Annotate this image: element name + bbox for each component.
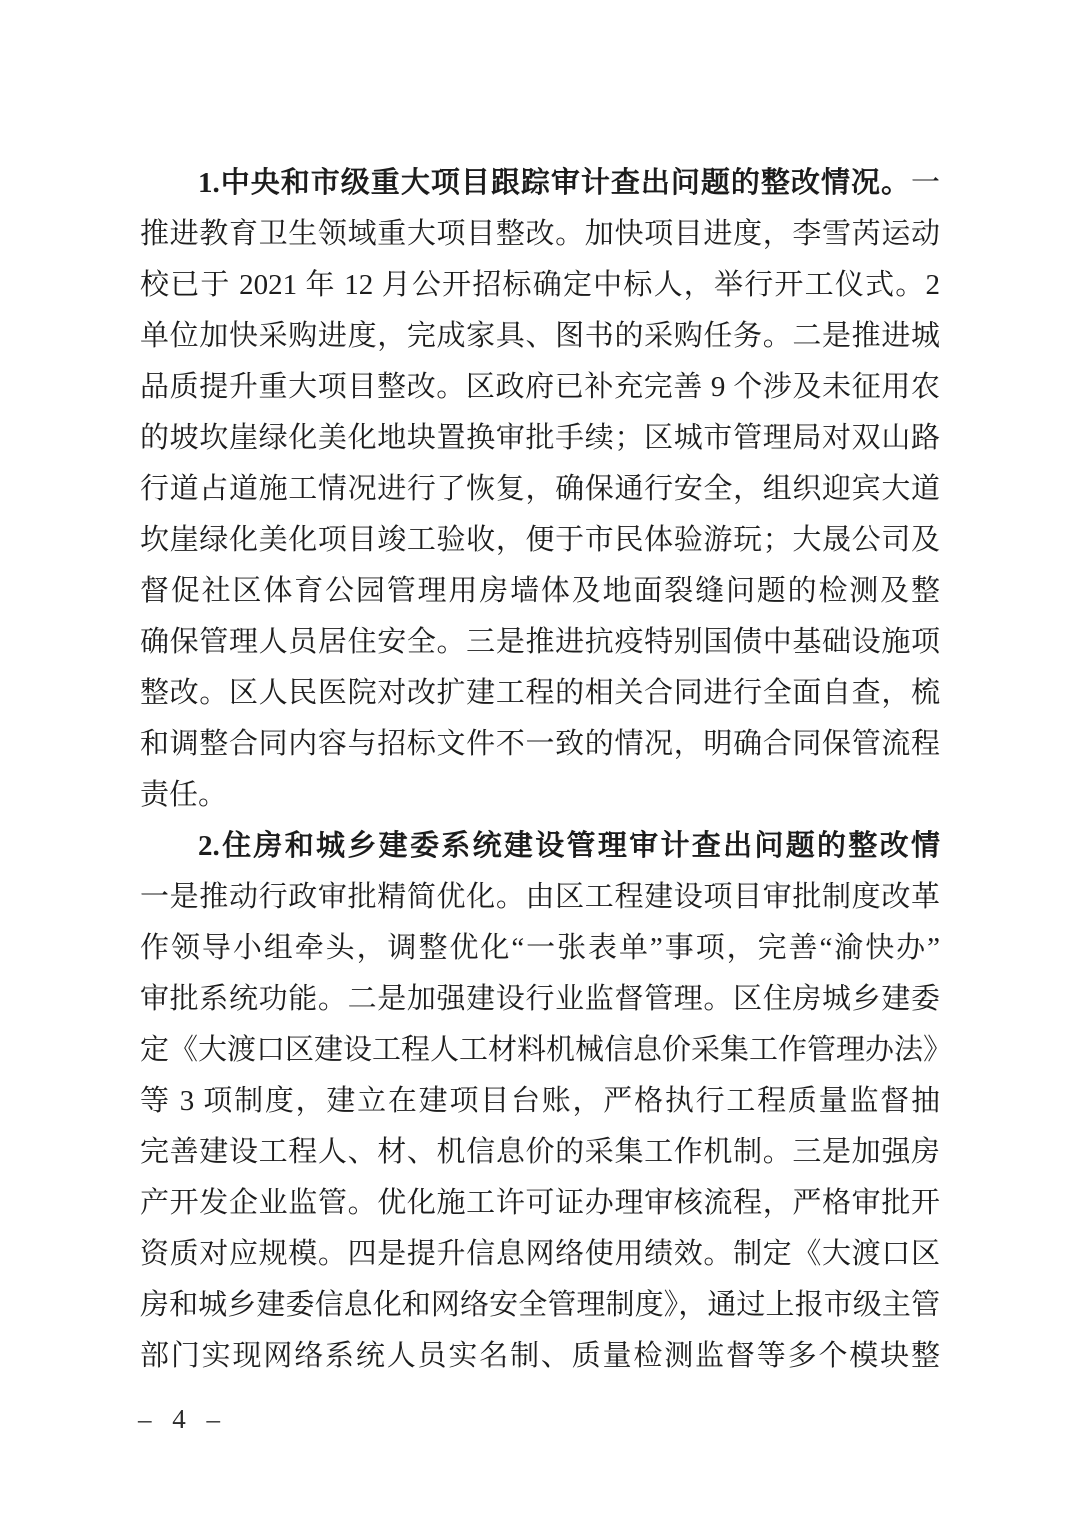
text-line: 等 3 项制度，建立在建项目台账，严格执行工程质量监督抽测， — [140, 1076, 940, 1127]
text-line: 作领导小组牵头，调整优化“一张表单”事项，完善“渝快办” — [140, 923, 940, 974]
heading-text: 1.中央和市级重大项目跟踪审计查出问题的整改情况。 — [198, 167, 911, 199]
text-line: 的坡坎崖绿化美化地块置换审批手续；区城市管理局对双山路人 — [140, 413, 940, 464]
text-line: 校已于 2021 年 12 月公开招标确定中标人，举行开工仪式。2 个 — [140, 260, 940, 311]
text-line: 单位加快采购进度，完成家具、图书的采购任务。二是推进城市 — [140, 311, 940, 362]
document-page: 1.中央和市级重大项目跟踪审计查出问题的整改情况。一是推进教育卫生领域重大项目整… — [0, 0, 1074, 1520]
text-line: 整改。区人民医院对改扩建工程的相关合同进行全面自查，梳理 — [140, 668, 940, 719]
text-line: 督促社区体育公园管理用房墙体及地面裂缝问题的检测及整改， — [140, 566, 940, 617]
text-line: 1.中央和市级重大项目跟踪审计查出问题的整改情况。一是 — [140, 158, 940, 209]
text-line: 行道占道施工情况进行了恢复，确保通行安全，组织迎宾大道坡 — [140, 464, 940, 515]
text-line: 确保管理人员居住安全。三是推进抗疫特别国债中基础设施项目 — [140, 617, 940, 668]
text-line: 责任。 — [140, 770, 940, 821]
text-line: 坎崖绿化美化项目竣工验收，便于市民体验游玩；大晟公司及时 — [140, 515, 940, 566]
text-line: 推进教育卫生领域重大项目整改。加快项目进度，李雪芮运动学 — [140, 209, 940, 260]
text-line: 审批系统功能。二是加强建设行业监督管理。区住房城乡建委制 — [140, 974, 940, 1025]
text-line: 完善建设工程人、材、机信息价的采集工作机制。三是加强房地 — [140, 1127, 940, 1178]
text-line: 资质对应规模。四是提升信息网络使用绩效。制定《大渡口区住 — [140, 1229, 940, 1280]
document-body: 1.中央和市级重大项目跟踪审计查出问题的整改情况。一是推进教育卫生领域重大项目整… — [140, 158, 940, 1382]
page-number: – 4 – — [138, 1404, 227, 1435]
text-line: 房和城乡建委信息化和网络安全管理制度》，通过上报市级主管 — [140, 1280, 940, 1331]
text-line: 和调整合同内容与招标文件不一致的情况，明确合同保管流程及 — [140, 719, 940, 770]
text-line: 品质提升重大项目整改。区政府已补充完善 9 个涉及未征用农地 — [140, 362, 940, 413]
text-line: 产开发企业监管。优化施工许可证办理审核流程，严格审批开发 — [140, 1178, 940, 1229]
text-line: 部门实现网络系统人员实名制、质量检测监督等多个模块整合、 — [140, 1331, 940, 1382]
text-line: 2.住房和城乡建委系统建设管理审计查出问题的整改情况。 — [140, 821, 940, 872]
text-line: 一是推动行政审批精简优化。由区工程建设项目审批制度改革工 — [140, 872, 940, 923]
heading-text: 2.住房和城乡建委系统建设管理审计查出问题的整改情况。 — [140, 830, 940, 872]
text-line: 定《大渡口区建设工程人工材料机械信息价采集工作管理办法》 — [140, 1025, 940, 1076]
